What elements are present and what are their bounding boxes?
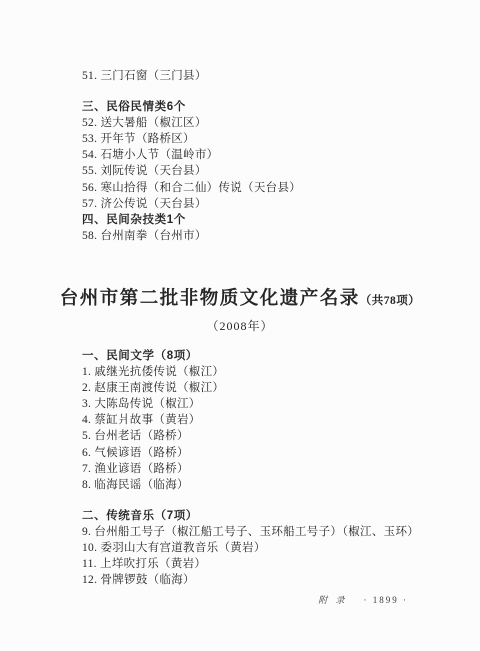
- section-header: 四、民间杂技类1个: [0, 212, 480, 228]
- second-batch-list: 一、民间文学（8项）1. 戚继光抗倭传说（椒江）2. 赵康王南渡传说（椒江）3.…: [0, 348, 480, 588]
- title-suffix: （共78项）: [360, 295, 421, 307]
- list-item: 6. 气候谚语（路桥）: [0, 445, 480, 461]
- list-item: 5. 台州老话（路桥）: [0, 428, 480, 444]
- page-footer: 附 录 · 1899 ·: [318, 594, 408, 606]
- list-item: 7. 渔业谚语（路桥）: [0, 461, 480, 477]
- list-item: 9. 台州船工号子（椒江船工号子、玉环船工号子）（椒江、玉环）: [0, 524, 480, 540]
- section-header: 二、传统音乐（7项）: [0, 508, 480, 524]
- list-item: 52. 送大暑船（椒江区）: [0, 115, 480, 131]
- footer-page-number: · 1899 ·: [364, 594, 409, 606]
- section-header: 一、民间文学（8项）: [0, 348, 480, 364]
- list-item: 2. 赵康王南渡传说（椒江）: [0, 380, 480, 396]
- page-content: 51. 三门石窗（三门县）三、民俗民情类6个52. 送大暑船（椒江区）53. 开…: [0, 0, 480, 651]
- footer-section-label: 附 录: [318, 594, 347, 606]
- book-page: 51. 三门石窗（三门县）三、民俗民情类6个52. 送大暑船（椒江区）53. 开…: [0, 0, 480, 651]
- document-title: 台州市第二批非物质文化遗产名录（共78项）: [0, 286, 480, 314]
- document-subtitle: （2008年）: [0, 318, 480, 334]
- list-item: 12. 骨牌锣鼓（临海）: [0, 572, 480, 588]
- list-item: 1. 戚继光抗倭传说（椒江）: [0, 364, 480, 380]
- list-item: 3. 大陈岛传说（椒江）: [0, 396, 480, 412]
- list-item: 11. 上垟吹打乐（黄岩）: [0, 556, 480, 572]
- list-item: 56. 寒山拾得（和合二仙）传说（天台县）: [0, 180, 480, 196]
- list-item: 10. 委羽山大有宫道教音乐（黄岩）: [0, 540, 480, 556]
- section-header: 三、民俗民情类6个: [0, 99, 480, 115]
- list-item: 8. 临海民谣（临海）: [0, 477, 480, 493]
- first-batch-list-continued: 51. 三门石窗（三门县）三、民俗民情类6个52. 送大暑船（椒江区）53. 开…: [0, 68, 480, 244]
- list-item: 54. 石塘小人节（温岭市）: [0, 147, 480, 163]
- list-item: 58. 台州南拳（台州市）: [0, 228, 480, 244]
- list-item: 57. 济公传说（天台县）: [0, 196, 480, 212]
- list-item: 55. 刘阮传说（天台县）: [0, 163, 480, 179]
- list-item: 51. 三门石窗（三门县）: [0, 68, 480, 84]
- title-main: 台州市第二批非物质文化遗产名录: [60, 289, 360, 309]
- list-item: 4. 蔡缸爿故事（黄岩）: [0, 412, 480, 428]
- list-item: 53. 开年节（路桥区）: [0, 131, 480, 147]
